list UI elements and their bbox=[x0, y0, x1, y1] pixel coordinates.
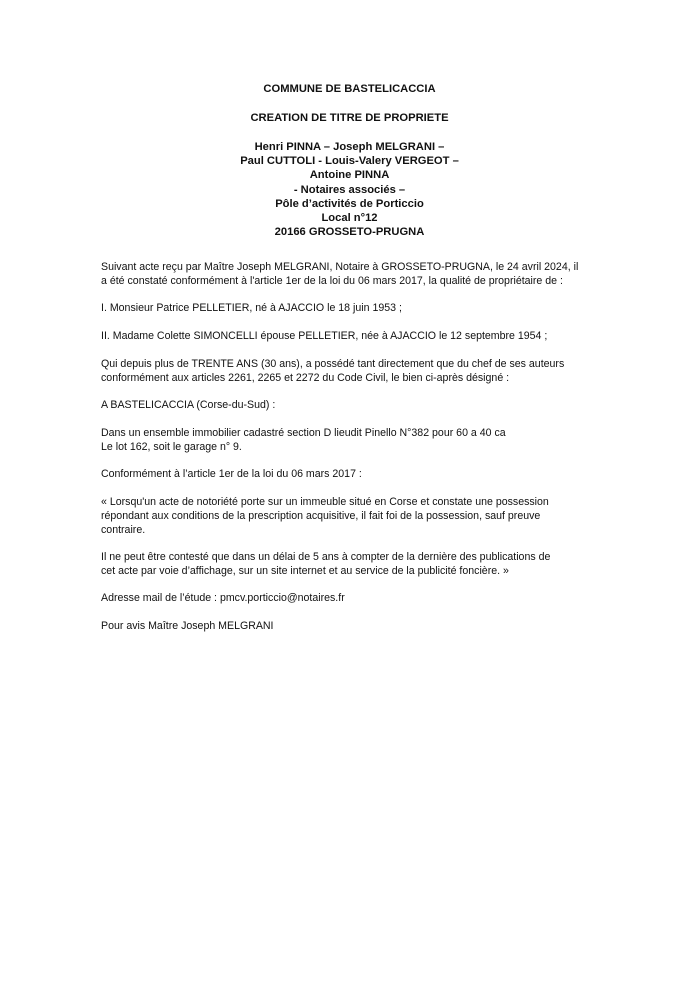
quote-paragraph-2: Il ne peut être contesté que dans un dél… bbox=[101, 550, 611, 578]
quote-paragraph-1: « Lorsqu'un acte de notoriété porte sur … bbox=[101, 495, 611, 537]
text-line: Dans un ensemble immobilier cadastré sec… bbox=[101, 426, 611, 440]
office-address-line: Local n°12 bbox=[0, 211, 699, 225]
owner-1: I. Monsieur Patrice PELLETIER, né à AJAC… bbox=[101, 301, 611, 315]
office-address-line: Pôle d’activités de Porticcio bbox=[0, 197, 699, 211]
property-description: Dans un ensemble immobilier cadastré sec… bbox=[101, 426, 611, 454]
location-line: A BASTELICACCIA (Corse-du-Sud) : bbox=[101, 398, 611, 412]
text-line: « Lorsqu'un acte de notoriété porte sur … bbox=[101, 495, 611, 509]
text-line: Le lot 162, soit le garage n° 9. bbox=[101, 440, 611, 454]
office-address-line: 20166 GROSSETO-PRUGNA bbox=[0, 225, 699, 239]
notaries-line: - Notaires associés – bbox=[0, 183, 699, 197]
document-page: COMMUNE DE BASTELICACCIA CREATION DE TIT… bbox=[0, 0, 699, 989]
owner-2: II. Madame Colette SIMONCELLI épouse PEL… bbox=[101, 329, 611, 343]
notaries-line: Paul CUTTOLI - Louis-Valery VERGEOT – bbox=[0, 154, 699, 168]
law-reference: Conformément à l’article 1er de la loi d… bbox=[101, 467, 611, 481]
text-line: cet acte par voie d’affichage, sur un si… bbox=[101, 564, 611, 578]
commune-heading: COMMUNE DE BASTELICACCIA bbox=[0, 82, 699, 96]
text-line: conformément aux articles 2261, 2265 et … bbox=[101, 371, 611, 385]
notaries-line: Antoine PINNA bbox=[0, 168, 699, 182]
text-line: a été constaté conformément à l'article … bbox=[101, 274, 611, 288]
intro-paragraph: Suivant acte reçu par Maître Joseph MELG… bbox=[101, 260, 611, 288]
text-line: répondant aux conditions de la prescript… bbox=[101, 509, 611, 523]
notaries-block: Henri PINNA – Joseph MELGRANI – Paul CUT… bbox=[0, 140, 699, 239]
signature-line: Pour avis Maître Joseph MELGRANI bbox=[101, 619, 611, 633]
text-line: Qui depuis plus de TRENTE ANS (30 ans), … bbox=[101, 357, 611, 371]
text-line: Il ne peut être contesté que dans un dél… bbox=[101, 550, 611, 564]
office-email-line: Adresse mail de l’étude : pmcv.porticcio… bbox=[101, 591, 611, 605]
possession-paragraph: Qui depuis plus de TRENTE ANS (30 ans), … bbox=[101, 357, 611, 385]
text-line: Suivant acte reçu par Maître Joseph MELG… bbox=[101, 260, 611, 274]
text-line: contraire. bbox=[101, 523, 611, 537]
document-title: CREATION DE TITRE DE PROPRIETE bbox=[0, 111, 699, 125]
notaries-line: Henri PINNA – Joseph MELGRANI – bbox=[0, 140, 699, 154]
